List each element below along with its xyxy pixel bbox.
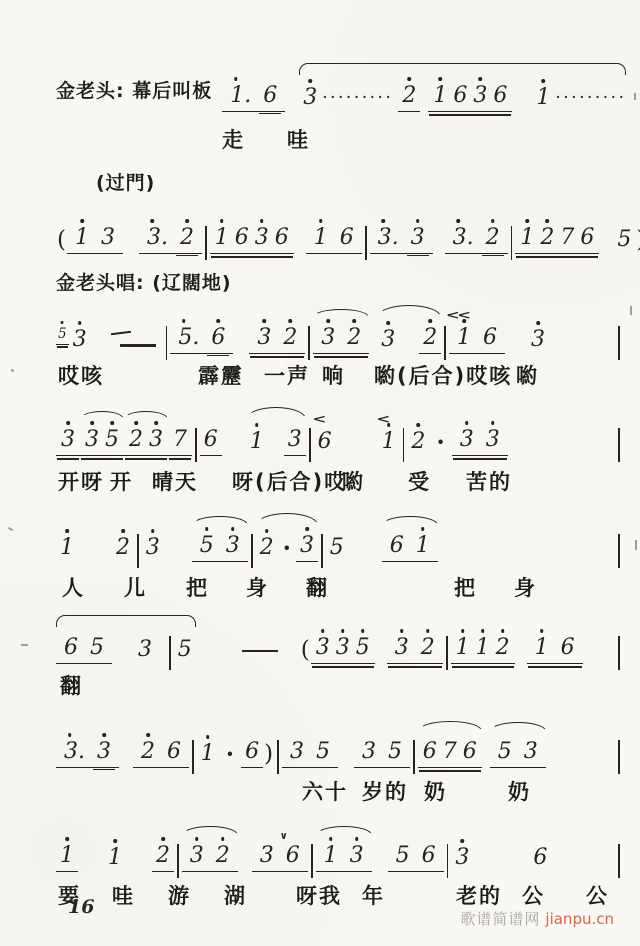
digit-text: 1: [108, 845, 122, 870]
bar-line: [205, 226, 207, 260]
note-digit: 5: [194, 534, 220, 558]
spacer: [294, 253, 306, 254]
digit-text: 3: [460, 427, 474, 452]
note-digit: 6: [58, 636, 84, 660]
spacer: [219, 767, 225, 768]
lyric-line: 走哇: [56, 122, 622, 156]
digit-text: 1: [314, 225, 328, 250]
note-digit: 6: [272, 226, 292, 250]
duration-dash: [111, 332, 157, 348]
scan-speck: [630, 306, 632, 315]
spacer: [78, 871, 104, 872]
beam-group: 13: [67, 226, 123, 254]
beam-group: 35: [354, 740, 410, 768]
vocal-line-4: 6535(3353211216翻: [56, 612, 622, 702]
octave-dot: [386, 321, 390, 325]
note-digit: 6: [257, 84, 283, 108]
note-digit: 3: [451, 846, 473, 872]
continuation-dots: ·········: [322, 88, 393, 108]
digit-text: 6: [167, 739, 181, 764]
note-digit: 6: [555, 636, 581, 660]
spacer: [112, 663, 134, 664]
octave-dot: [289, 319, 293, 323]
spacer: [119, 767, 133, 768]
spacer: [482, 767, 490, 768]
octave-dot: [461, 629, 465, 633]
note-digit: 3: [91, 740, 117, 764]
lyric-text: 喲: [516, 360, 539, 390]
digit-text: 1: [324, 843, 338, 868]
digit-text: 3: [73, 327, 87, 352]
spacer: [238, 871, 252, 872]
note-digit: 3.: [447, 226, 480, 250]
note-digit: 1: [56, 536, 78, 562]
digit-text: 3: [531, 327, 545, 352]
note-digit: 5: [174, 638, 196, 664]
note-digit: 5: [326, 536, 348, 562]
lyric-line: 人儿把身翻把身: [56, 570, 622, 604]
note-digit: 5: [353, 636, 373, 660]
digit-text: 3: [303, 85, 317, 110]
note-digit: 3: [284, 740, 310, 764]
digit-text: 5: [396, 843, 410, 868]
digit-text: 6: [245, 739, 259, 764]
note-digit: 3: [82, 428, 102, 452]
note-digit: 7: [557, 226, 577, 250]
note-digit: 1: [451, 326, 477, 350]
note-digit: 1: [453, 636, 473, 660]
note-digit: 5.: [172, 326, 205, 350]
lyric-text: 呀(后合)哎: [232, 466, 347, 496]
digit-text: 5.: [178, 325, 199, 350]
note-digit: 6: [334, 226, 360, 250]
digit-text: 3: [146, 535, 160, 560]
lyric-line: 走哇: [56, 122, 622, 156]
beam-group: 53: [490, 740, 546, 768]
note-digit: 3: [142, 536, 164, 562]
octave-dot: [465, 421, 469, 425]
digit-text: 2: [411, 429, 425, 454]
note-digit: 2: [419, 326, 441, 354]
beam-group: 32: [182, 844, 238, 872]
octave-dot: [68, 733, 72, 737]
note-digit: 3.: [141, 226, 174, 250]
note-digit: 2: [398, 84, 420, 112]
digit-text: 1: [476, 635, 490, 660]
slur-arc: [377, 305, 441, 317]
digit-text: 7: [560, 225, 574, 250]
digit-text: 6: [580, 225, 594, 250]
vocal-line-2: 3352376136<1<2·33开呀开晴天呀(后合)哎喲受苦的: [56, 404, 622, 498]
digit-text: 3: [336, 635, 350, 660]
note-digit: 2: [407, 430, 429, 456]
lyric-text: 喲: [342, 466, 365, 496]
digit-text: 3: [138, 637, 152, 662]
digit-text: 6: [493, 83, 507, 108]
beam-group: 3: [56, 428, 80, 456]
spacer: [599, 253, 613, 254]
note-digit: 6: [460, 740, 480, 764]
bar-line: [444, 326, 446, 360]
note-digit: 3: [296, 534, 318, 562]
lyric-text: 走: [222, 124, 245, 154]
digit-text: 1: [201, 741, 215, 766]
spacer: [222, 455, 246, 456]
note-digit: 3.: [58, 740, 91, 764]
lyric-line: 六十岁的奶奶: [56, 774, 622, 808]
bar-line: [166, 326, 168, 360]
lyric-text: 奶: [424, 776, 447, 806]
octave-dot: [102, 733, 106, 737]
digit-text: 5: [356, 635, 370, 660]
note-digit: 6: [200, 428, 222, 456]
octave-dot: [260, 219, 264, 223]
slur-arc: [124, 411, 168, 419]
note-digit: 6: [232, 226, 252, 250]
octave-dot: [355, 837, 359, 841]
note-digit: 3: [333, 636, 353, 660]
label-line: (过門): [96, 170, 622, 196]
digit-text: 3: [85, 427, 99, 452]
beam-group: 112: [451, 636, 515, 664]
note-digit: 3: [377, 328, 399, 354]
notation-row: 1.63·········216361·········: [222, 60, 627, 112]
octave-dot: [326, 319, 330, 323]
scan-speck: [635, 540, 637, 550]
lyric-text: 霹靂: [198, 360, 244, 390]
octave-dot: [265, 529, 269, 533]
lyric-text: 老的: [456, 880, 502, 910]
slur-arc: [418, 721, 482, 731]
note-digit: 1: [430, 84, 450, 108]
octave-dot: [308, 79, 312, 83]
slur-arc: [182, 826, 238, 835]
octave-dot: [456, 219, 460, 223]
lyric-text: 身: [246, 572, 269, 602]
scan-speck: [8, 527, 13, 532]
lyric-line: 要哇游湖呀我年老的公公: [56, 878, 622, 912]
note-digit: 5: [310, 740, 336, 764]
bar-line: [308, 326, 310, 360]
bar-line: [177, 844, 179, 878]
beam-group: 3.2: [445, 226, 508, 254]
note-digit: 6: [490, 84, 510, 108]
spacer: [126, 871, 152, 872]
digit-text: 3: [350, 843, 364, 868]
section-label: 金老头唱: (辽闊地): [56, 272, 232, 294]
note-digit: 5: [102, 428, 122, 452]
octave-dot: [255, 423, 259, 427]
octave-dot: [182, 319, 186, 323]
watermark-site-name: 歌谱简谱网: [460, 910, 540, 928]
octave-dot: [479, 77, 483, 81]
note-digit: 3: [454, 428, 480, 452]
digit-text: 3: [395, 635, 409, 660]
lyric-text: 湖: [224, 880, 247, 910]
score-symbol: ·: [283, 540, 291, 556]
sheet-music-page: 金老头: 幕后叫板1.63·········216361·········走哇(…: [0, 0, 640, 946]
octave-dot: [65, 837, 69, 841]
note-digit: 3: [220, 534, 246, 558]
slur-arc: [246, 407, 306, 419]
note-digit: 3: [356, 740, 382, 764]
digit-text: 5: [498, 739, 512, 764]
digit-text: 6: [204, 427, 218, 452]
score-symbol: ·: [436, 434, 444, 450]
section-label: (过門): [96, 172, 155, 194]
note-digit: 2: [480, 226, 506, 250]
bar-line: [321, 534, 323, 568]
digit-text: 2: [540, 225, 554, 250]
lyric-text: 一声: [264, 360, 310, 390]
notation-row: 3352376136<1<2·33: [56, 404, 622, 456]
lyric-text: 哇: [112, 880, 135, 910]
singer-label-line: 金老头唱: (辽闊地): [56, 270, 622, 296]
octave-dot: [416, 219, 420, 223]
notation-row: (133.21636163.33.212765): [56, 202, 622, 254]
digit-text: 2: [156, 843, 170, 868]
score-symbol: (: [57, 228, 66, 252]
note-digit: 2: [415, 636, 441, 660]
beam-group: 32: [387, 636, 443, 664]
octave-dot: [462, 319, 466, 323]
breath-mark-icon: ∨: [280, 832, 288, 842]
octave-dot: [461, 839, 465, 843]
octave-dot: [361, 629, 365, 633]
note-digit: 1: [473, 636, 493, 660]
spacer: [91, 353, 105, 354]
octave-dot: [542, 79, 546, 83]
digit-text: 3: [288, 427, 302, 452]
digit-text: 5: [105, 427, 119, 452]
note-digit: 1: [197, 742, 219, 768]
octave-dot: [231, 527, 235, 531]
digit-text: 3: [473, 83, 487, 108]
digit-text: 6: [340, 225, 354, 250]
note-digit: 3: [344, 844, 370, 868]
lyric-text: 晴天: [152, 466, 198, 496]
slur-arc: [313, 309, 369, 317]
notation-row: 535.6323232<<163: [56, 302, 622, 354]
digit-text: 1: [535, 635, 549, 660]
octave-dot: [400, 629, 404, 633]
score-symbol: (: [301, 638, 310, 662]
note-digit: 6: [529, 846, 551, 872]
lyric-text: 把: [454, 572, 477, 602]
octave-dot: [146, 733, 150, 737]
digit-text: 6: [533, 845, 547, 870]
digit-text: 6: [423, 739, 437, 764]
note-digit: 2: [277, 326, 303, 350]
digit-text: 1: [382, 429, 396, 454]
spacer: [505, 353, 527, 354]
lyric-text: 人: [62, 572, 85, 602]
note-digit: 6: [280, 844, 306, 868]
lyric-text: 儿: [124, 572, 147, 602]
beam-group: 26: [133, 740, 189, 768]
lyric-text: 喲(后合)哎咳: [374, 360, 512, 390]
spacer: [372, 871, 388, 872]
digit-text: 3: [524, 739, 538, 764]
scan-speck: [634, 93, 636, 100]
digit-text: 2: [496, 635, 510, 660]
note-digit: 5: [390, 844, 416, 868]
bar-line: [618, 740, 620, 774]
bar-line: [618, 636, 620, 670]
octave-dot: [421, 527, 425, 531]
digit-text: 1: [60, 843, 74, 868]
note-digit: 3: [313, 636, 333, 660]
slur-arc: [192, 516, 248, 525]
lyric-text: 公: [586, 880, 609, 910]
spacer: [348, 561, 382, 562]
lyric-text: 身: [514, 572, 537, 602]
octave-dot: [221, 837, 225, 841]
lyric-line: 开呀开晴天呀(后合)哎喲受苦的: [56, 464, 622, 498]
octave-dot: [78, 321, 82, 325]
octave-dot: [491, 421, 495, 425]
spacer: [278, 561, 282, 562]
spacer: [338, 767, 354, 768]
digit-text: 5: [200, 533, 214, 558]
note-digit: 5: [382, 740, 408, 764]
octave-dot: [305, 527, 309, 531]
lyric-text: 翻: [306, 572, 329, 602]
beam-group: 1276: [515, 226, 599, 254]
note-digit: 5: [56, 327, 69, 345]
digit-text: 3.: [147, 225, 168, 250]
note-digit: 6<: [314, 430, 336, 456]
bar-line: [192, 740, 194, 774]
bar-line: [618, 534, 620, 568]
beam-group: 335: [311, 636, 375, 664]
note-digit: 3: [252, 226, 272, 250]
digit-text: 7: [173, 427, 187, 452]
beam-group: 676: [418, 740, 482, 768]
note-digit: 3∨: [254, 844, 280, 868]
spacer: [233, 353, 249, 354]
score-symbol: ·: [226, 746, 234, 762]
note-digit: 1: [517, 226, 537, 250]
octave-dot: [381, 219, 385, 223]
spacer: [429, 455, 435, 456]
digit-text: 2: [216, 843, 230, 868]
note-digit: 2: [135, 740, 161, 764]
note-digit: 3: [405, 226, 431, 250]
lyric-text: 奶: [508, 776, 531, 806]
beam-group: 13: [316, 844, 372, 872]
bar-line: [309, 428, 311, 462]
digit-text: 3: [290, 739, 304, 764]
octave-dot: [439, 77, 443, 81]
lyric-text: 哇: [287, 124, 310, 154]
octave-dot: [151, 219, 155, 223]
note-digit: 2: [256, 536, 278, 562]
digit-text: 6: [211, 325, 225, 350]
scan-speck: [11, 369, 14, 372]
notation-row: 3.3261·6)353567653: [56, 716, 622, 768]
digit-text: 3: [190, 843, 204, 868]
octave-dot: [134, 421, 138, 425]
beam-group: 65: [56, 636, 112, 664]
digit-text: 3: [97, 739, 111, 764]
octave-dot: [540, 629, 544, 633]
slur-arc: [56, 615, 196, 627]
spacer: [515, 663, 527, 664]
bar-line: [413, 740, 415, 774]
digit-text: 1: [75, 225, 89, 250]
scan-speck: [21, 644, 28, 646]
lyric-line: 翻: [56, 668, 622, 702]
continuation-dots: ·········: [555, 88, 626, 108]
beam-group: 5.6: [170, 326, 233, 354]
beam-group: 53: [192, 534, 248, 562]
lyric-text: 岁的: [362, 776, 408, 806]
digit-text: 5: [388, 739, 402, 764]
spacer: [286, 663, 300, 664]
digit-text: 5: [90, 635, 104, 660]
note-digit: 3: [69, 328, 91, 354]
digit-text: 3: [255, 225, 269, 250]
digit-text: 2: [116, 535, 130, 560]
digit-text: 1: [457, 325, 471, 350]
digit-text: 2: [347, 325, 361, 350]
part-label: 金老头: 幕后叫板: [56, 60, 212, 103]
octave-dot: [205, 527, 209, 531]
note-digit: 2: [537, 226, 557, 250]
lyric-text: 受: [408, 466, 431, 496]
beam-group: 16: [306, 226, 362, 254]
watermark-url: jianpu.cn: [545, 910, 614, 928]
score-symbol: ): [264, 742, 273, 766]
note-digit: 3: [146, 428, 166, 452]
beam-group: 23: [124, 428, 168, 456]
digit-text: 6: [422, 843, 436, 868]
lyric-text: 公: [522, 880, 545, 910]
digit-text: 2: [141, 739, 155, 764]
octave-dot: [426, 629, 430, 633]
bar-line: [618, 844, 620, 878]
digit-text: 6: [561, 635, 575, 660]
duration-dash: [242, 650, 278, 652]
vocal-line-6: 112323∨6135636要哇游湖呀我年老的公公: [56, 820, 622, 912]
beam-group: 16: [527, 636, 583, 664]
digit-text: 6: [263, 83, 277, 108]
note-digit: 5: [613, 228, 635, 254]
note-digit: 7: [170, 428, 190, 452]
octave-dot: [80, 219, 84, 223]
octave-dot: [319, 219, 323, 223]
spacer: [196, 663, 234, 664]
octave-dot: [121, 529, 125, 533]
beam-group: 3.2: [139, 226, 202, 254]
bar-line: [311, 844, 313, 878]
octave-dot: [113, 839, 117, 843]
note-digit: 3.: [372, 226, 405, 250]
spacer: [473, 871, 529, 872]
note-digit: 6: [384, 534, 410, 558]
note-digit: 2: [112, 536, 134, 562]
octave-dot: [110, 421, 114, 425]
header-line: 金老头: 幕后叫板1.63·········216361·········: [56, 60, 622, 112]
lyric-text: 开呀: [58, 466, 104, 496]
slur-arc: [316, 826, 372, 835]
digit-text: 3: [61, 427, 75, 452]
note-digit: 2: [341, 326, 367, 350]
score-symbol: ): [636, 228, 640, 252]
lyric-text: 开: [110, 466, 133, 496]
slur-arc: [490, 722, 546, 731]
